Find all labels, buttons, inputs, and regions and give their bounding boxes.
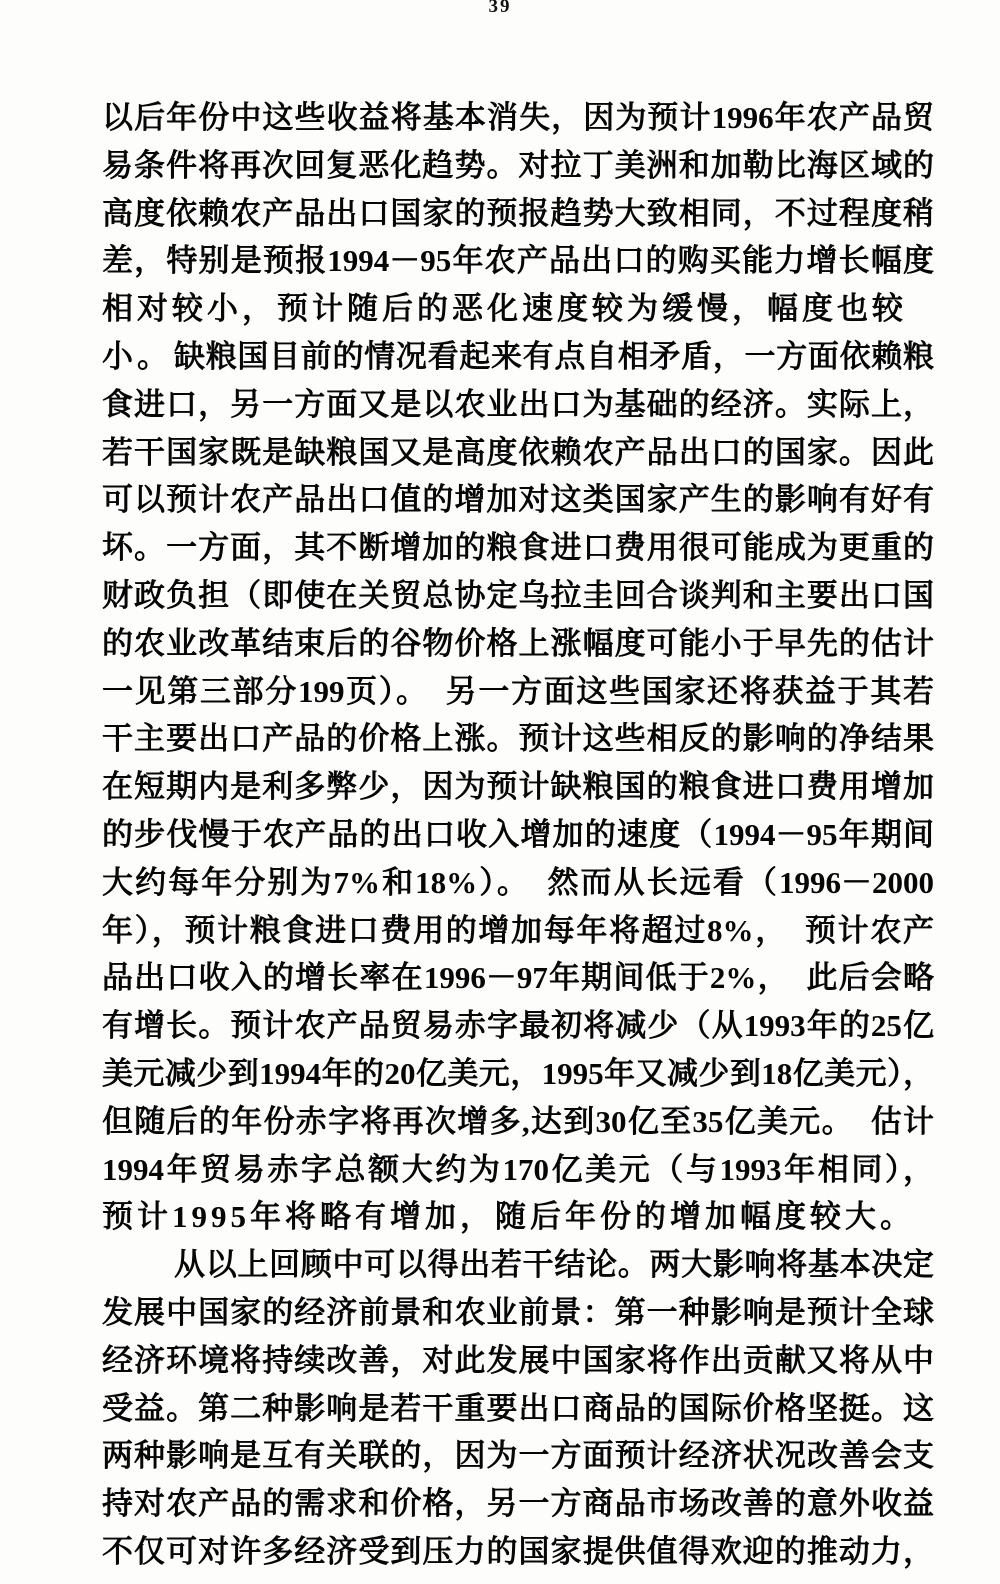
text-line: 经济环境将持续改善，对此发展中国家将作出贡献又将从中 (102, 1337, 934, 1385)
text-line: 发展中国家的经济前景和农业前景：第一种影响是预计全球 (102, 1289, 934, 1337)
text-line: 的步伐慢于农产品的出口收入增加的速度（1994－95年期间 (102, 811, 934, 859)
text-line: 预计1995年将略有增加，随后年份的增加幅度较大。 (102, 1193, 934, 1241)
text-line: 美元减少到1994年的20亿美元，1995年又减少到18亿美元）， (102, 1050, 934, 1098)
text-line: 品出口收入的增长率在1996－97年期间低于2%， 此后会略 (102, 954, 934, 1002)
text-line: 若干国家既是缺粮国又是高度依赖农产品出口的国家。因此 (102, 429, 934, 477)
text-line: 持对农产品的需求和价格，另一方商品市场改善的意外收益 (102, 1480, 934, 1528)
text-line: 从以上回顾中可以得出若干结论。两大影响将基本决定 (102, 1241, 934, 1289)
text-line: 食进口，另一方面又是以农业出口为基础的经济。实际上， (102, 381, 934, 429)
text-line: 的农业改革结束后的谷物价格上涨幅度可能小于早先的估计 (102, 620, 934, 668)
text-line: 受益。第二种影响是若干重要出口商品的国际价格坚挺。这 (102, 1385, 934, 1433)
scanned-document-page: 39 以后年份中这些收益将基本消失，因为预计1996年农产品贸易条件将再次回复恶… (0, 0, 1000, 1584)
text-line: 大约每年分别为7%和18%）。 然而从长远看（1996－2000 (102, 859, 934, 907)
text-line: 有增长。预计农产品贸易赤字最初将减少（从1993年的25亿 (102, 1002, 934, 1050)
text-line: 相对较小，预计随后的恶化速度较为缓慢，幅度也较小。 (102, 285, 934, 333)
text-line: 在短期内是利多弊少，因为预计缺粮国的粮食进口费用增加 (102, 763, 934, 811)
text-line: 但随后的年份赤字将再次增多,达到30亿至35亿美元。 估计 (102, 1098, 934, 1146)
text-line: 1994年贸易赤字总额大约为170亿美元（与1993年相同）， (102, 1146, 934, 1194)
text-line: 不仅可对许多经济受到压力的国家提供值得欢迎的推动力， (102, 1528, 934, 1576)
text-line: 坏。一方面，其不断增加的粮食进口费用很可能成为更重的 (102, 524, 934, 572)
text-line: 财政负担（即使在关贸总协定乌拉圭回合谈判和主要出口国 (102, 572, 934, 620)
text-line: 以后年份中这些收益将基本消失，因为预计1996年农产品贸 (102, 94, 934, 142)
text-line: 一见第三部分199页）。 另一方面这些国家还将获益于其若 (102, 668, 934, 716)
text-block: 以后年份中这些收益将基本消失，因为预计1996年农产品贸易条件将再次回复恶化趋势… (102, 94, 934, 1576)
text-line: 干主要出口产品的价格上涨。预计这些相反的影响的净结果 (102, 715, 934, 763)
text-line: 高度依赖农产品出口国家的预报趋势大致相同，不过程度稍 (102, 190, 934, 238)
text-line: 差，特别是预报1994－95年农产品出口的购买能力增长幅度 (102, 237, 934, 285)
text-line: 易条件将再次回复恶化趋势。对拉丁美洲和加勒比海区域的 (102, 142, 934, 190)
text-line: 可以预计农产品出口值的增加对这类国家产生的影响有好有 (102, 476, 934, 524)
text-line: 年），预计粮食进口费用的增加每年将超过8%， 预计农产 (102, 907, 934, 955)
text-line: 缺粮国目前的情况看起来有点自相矛盾，一方面依赖粮 (102, 333, 934, 381)
page-number: 39 (0, 0, 1000, 18)
text-line: 两种影响是互有关联的，因为一方面预计经济状况改善会支 (102, 1432, 934, 1480)
